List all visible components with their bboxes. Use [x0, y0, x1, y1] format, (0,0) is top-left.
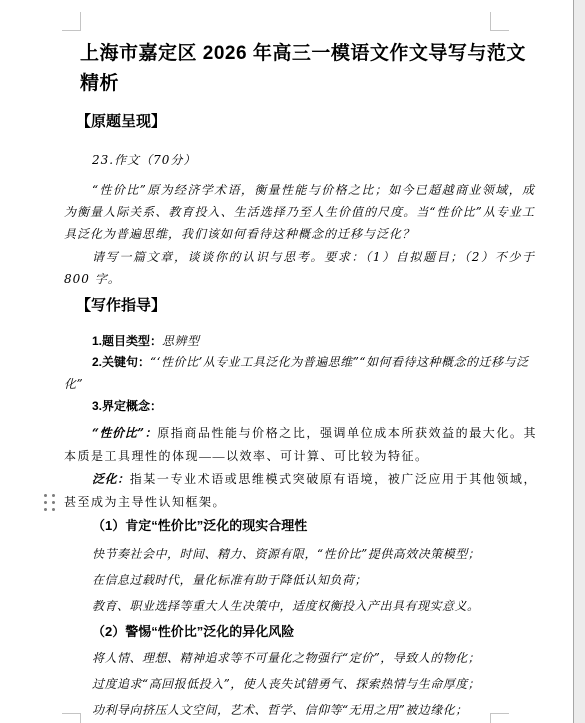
guide-item-keysentence-label: 2.关键句：	[92, 355, 150, 369]
guide-item-concepts: 3.界定概念：	[64, 398, 537, 415]
dot	[52, 494, 55, 497]
definition-fanhua-text: 指某一专业术语或思维模式突破原有语境，被广泛应用于其他领域，甚至成为主导性认知框…	[64, 472, 537, 509]
document-title: 上海市嘉定区 2026 年高三一模语文作文导写与范文精析	[80, 39, 537, 99]
subsection-2-point: 过度追求“高回报低投入”，使人丧失试错勇气、探索热情与生命厚度；	[92, 676, 545, 692]
subsection-heading-2: （2）警惕“性价比”泛化的异化风险	[92, 623, 537, 641]
guide-item-type-text: 思辨型	[162, 334, 200, 348]
drag-handle-icon[interactable]	[44, 494, 55, 511]
subsection-1-point: 快节奏社会中，时间、精力、资源有限，“性价比”提供高效决策模型；	[92, 546, 545, 562]
text-boundary-mark-top-right	[490, 12, 509, 31]
dot	[44, 494, 47, 497]
dot	[52, 501, 55, 504]
guide-item-type-label: 1.题目类型：	[92, 334, 162, 348]
dot	[44, 508, 47, 511]
text-boundary-mark-top-left	[62, 12, 81, 31]
dot	[52, 508, 55, 511]
subsection-1-point: 教育、职业选择等重大人生决策中，适度权衡投入产出具有现实意义。	[92, 598, 545, 614]
definition-xingjiabi-term: “性价比”：	[92, 426, 157, 440]
definition-fanhua-term: 泛化：	[92, 472, 130, 486]
document-page: 上海市嘉定区 2026 年高三一模语文作文导写与范文精析 【原题呈现】 23.作…	[0, 0, 585, 723]
definition-fanhua: 泛化：指某一专业术语或思维模式突破原有语境，被广泛应用于其他领域，甚至成为主导性…	[64, 468, 537, 514]
text-boundary-mark-bottom-left	[62, 713, 81, 723]
prompt-paragraph: “性价比”原为经济学术语，衡量性能与价格之比；如今已超越商业领域，成为衡量人际关…	[64, 179, 535, 245]
subsection-2-point: 功利导向挤压人文空间，艺术、哲学、信仰等“无用之用”被边缘化；	[92, 702, 545, 718]
text-boundary-mark-bottom-right	[490, 713, 509, 723]
definition-xingjiabi: “性价比”：原指商品性能与价格之比，强调单位成本所获效益的最大化。其本质是工具理…	[64, 422, 537, 468]
subsection-heading-1: （1）肯定“性价比”泛化的现实合理性	[92, 517, 537, 535]
question-number: 23.作文（70分）	[92, 152, 537, 168]
page-edge-gutter	[573, 0, 585, 723]
requirements-paragraph: 请写一篇文章，谈谈你的认识与思考。要求：（1）自拟题目；（2）不少于 800 字…	[64, 246, 535, 290]
section-heading-guide: 【写作指导】	[76, 296, 537, 316]
guide-item-keysentence: 2.关键句：“‘性价比’从专业工具泛化为普遍思维”“如何看待这种概念的迁移与泛化…	[64, 351, 537, 395]
dot	[44, 501, 47, 504]
guide-item-concepts-label: 3.界定概念：	[92, 399, 162, 413]
subsection-2-point: 将人情、理想、精神追求等不可量化之物强行“定价”，导致人的物化；	[92, 650, 545, 666]
section-heading-original: 【原题呈现】	[76, 112, 537, 132]
subsection-1-point: 在信息过载时代，量化标准有助于降低认知负荷；	[92, 572, 545, 588]
guide-item-type: 1.题目类型：思辨型	[64, 333, 537, 350]
